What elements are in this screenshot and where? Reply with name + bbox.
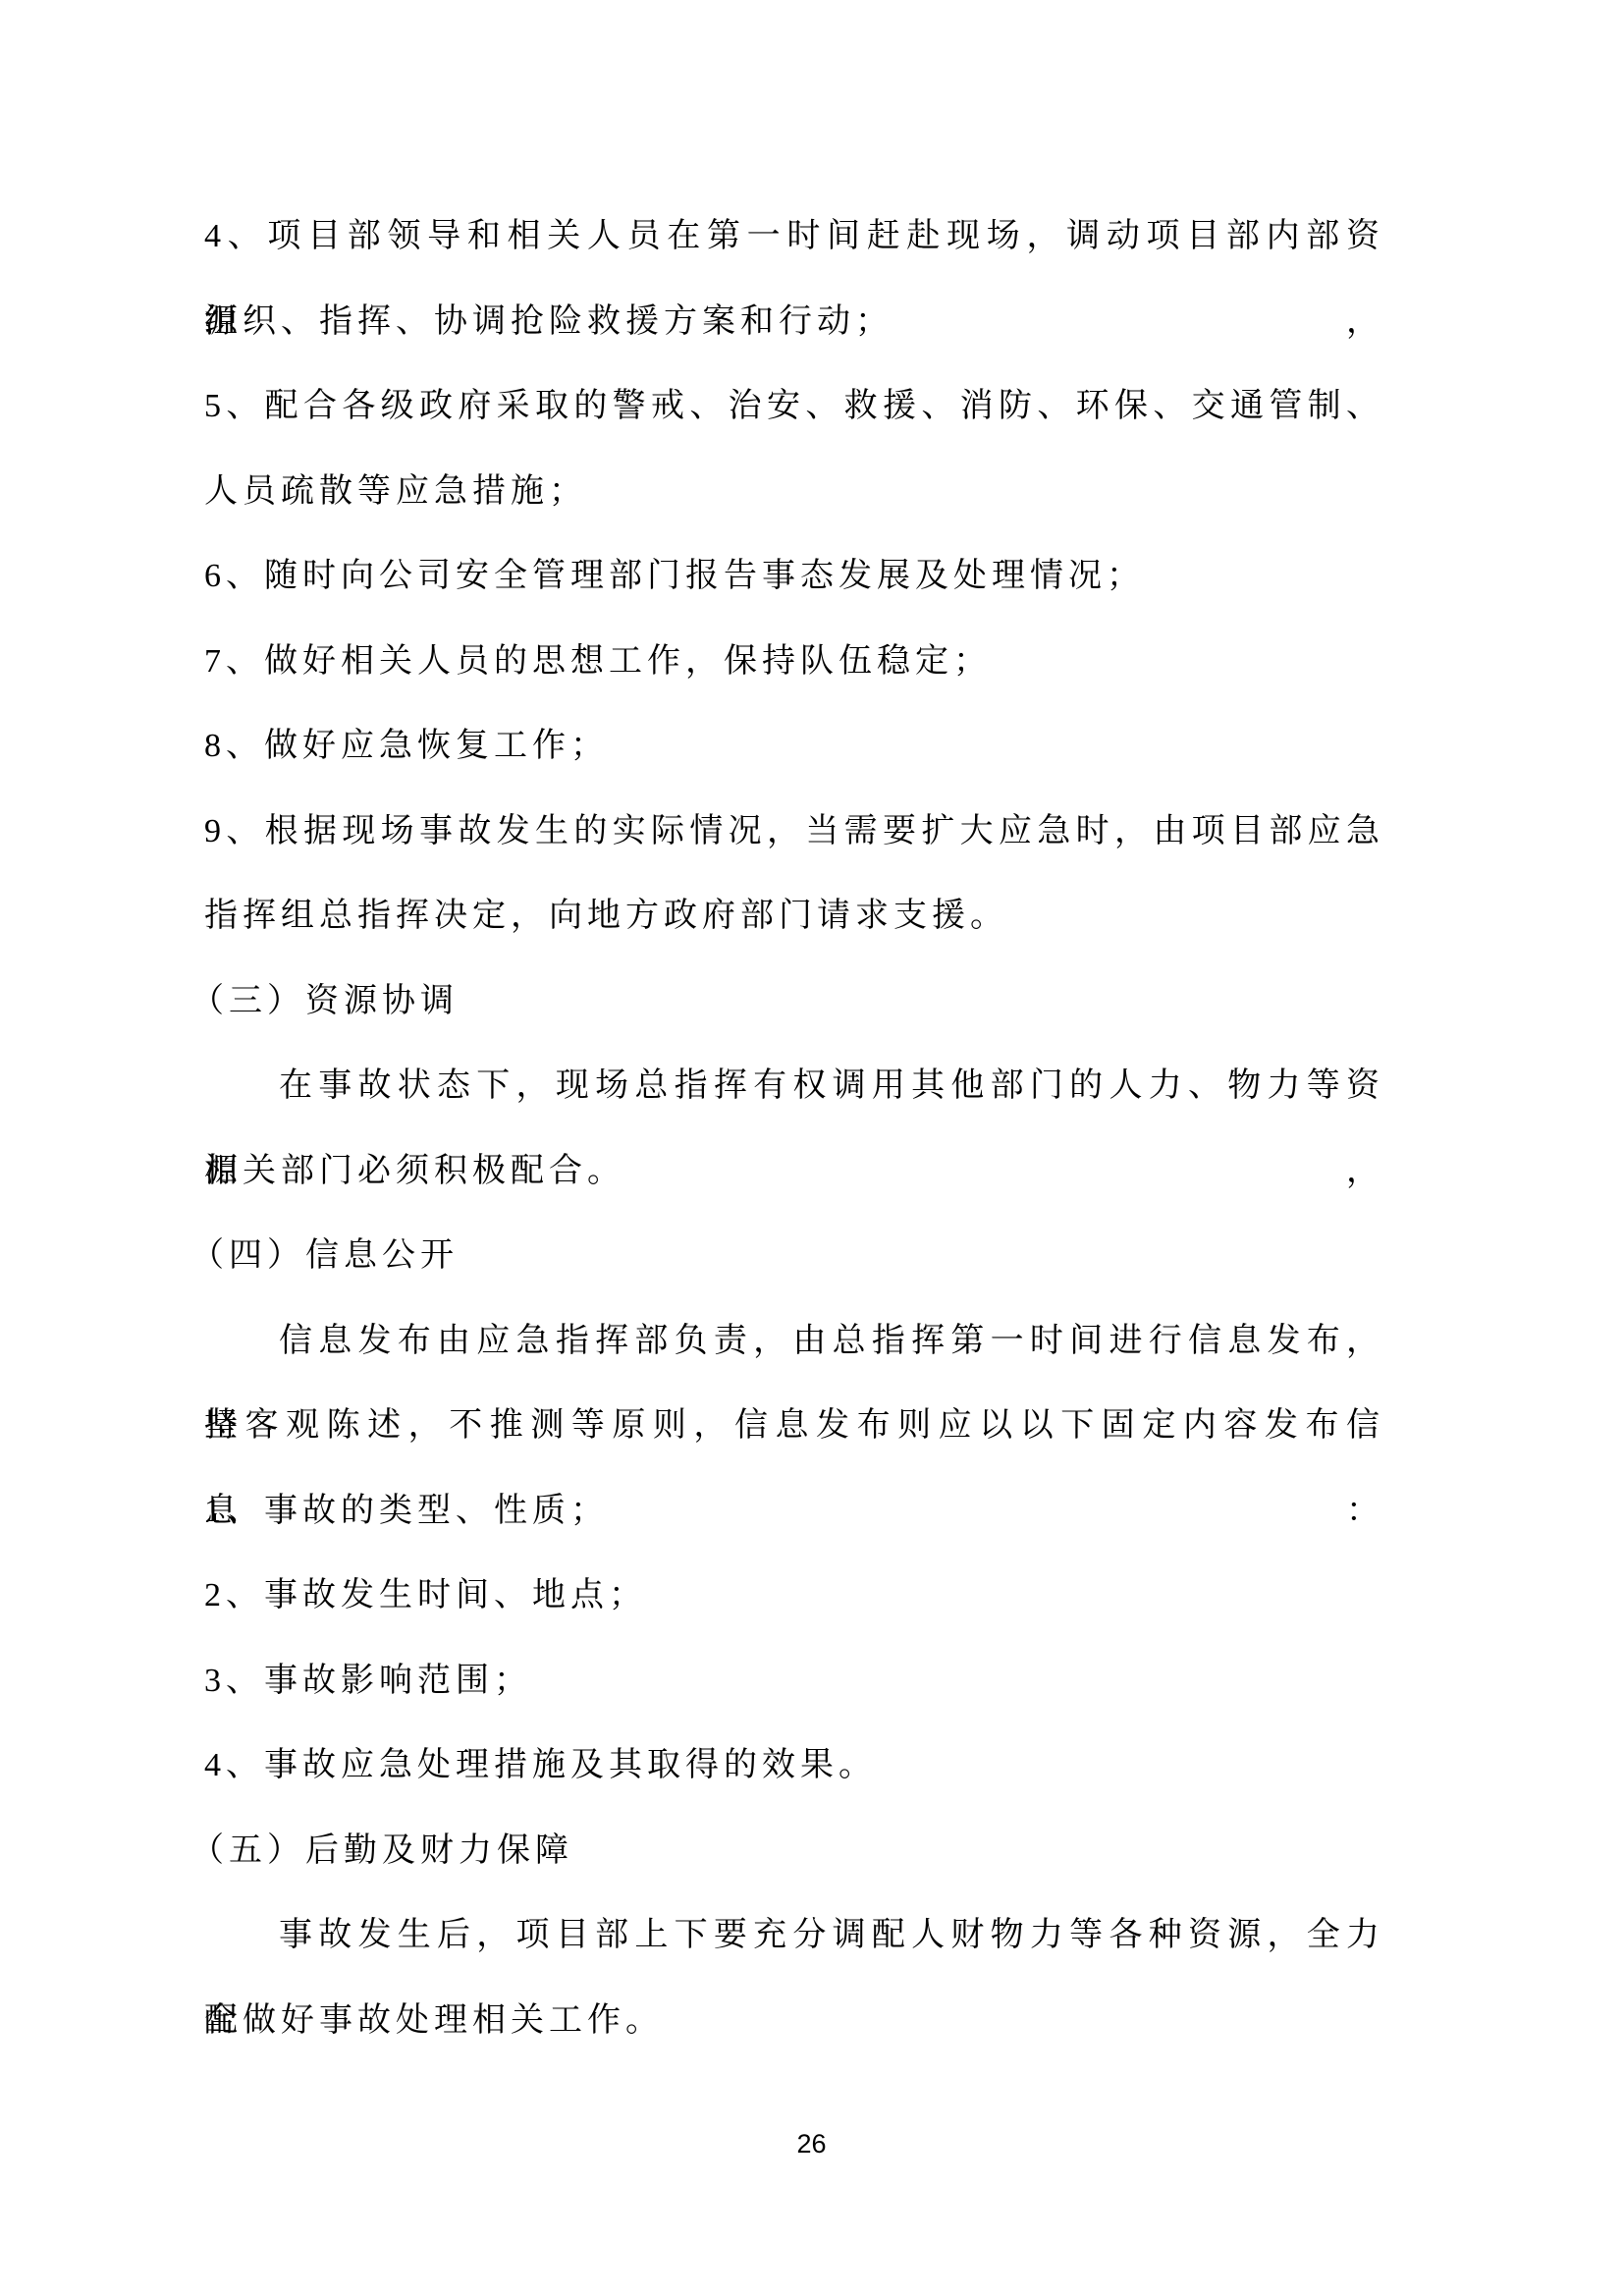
text-line: 指挥组总指挥决定，向地方政府部门请求支援。 bbox=[204, 874, 1384, 959]
text-line: 人员疏散等应急措施； bbox=[204, 450, 1384, 535]
page-number: 26 bbox=[0, 2129, 1623, 2159]
text-line: 6、随时向公司安全管理部门报告事态发展及处理情况； bbox=[204, 534, 1384, 620]
text-line: 2、事故发生时间、地点； bbox=[204, 1554, 1384, 1639]
text-line: 9、根据现场事故发生的实际情况，当需要扩大应急时，由项目部应急 bbox=[204, 790, 1384, 875]
text-line: 4、项目部领导和相关人员在第一时间赶赴现场，调动项目部内部资源， bbox=[204, 194, 1384, 280]
text-line: 事故发生后，项目部上下要充分调配人财物力等各种资源，全力配 bbox=[204, 1893, 1384, 1979]
text-line: 合做好事故处理相关工作。 bbox=[204, 1979, 1384, 2064]
text-line: 7、做好相关人员的思想工作，保持队伍稳定； bbox=[204, 620, 1384, 705]
text-line: 5、配合各级政府采取的警戒、治安、救援、消防、环保、交通管制、 bbox=[204, 364, 1384, 450]
text-line: 在事故状态下，现场总指挥有权调用其他部门的人力、物力等资源， bbox=[204, 1044, 1384, 1129]
text-line: 4、事故应急处理措施及其取得的效果。 bbox=[204, 1723, 1384, 1809]
document-page: 4、项目部领导和相关人员在第一时间赶赴现场，调动项目部内部资源，组织、指挥、协调… bbox=[0, 0, 1623, 2296]
text-line: 信息发布由应急指挥部负责，由总指挥第一时间进行信息发布，坚 bbox=[204, 1299, 1384, 1385]
page-body-text: 4、项目部领导和相关人员在第一时间赶赴现场，调动项目部内部资源，组织、指挥、协调… bbox=[204, 194, 1384, 2063]
text-line: （五）后勤及财力保障 bbox=[190, 1809, 1384, 1894]
text-line: （四）信息公开 bbox=[190, 1214, 1384, 1299]
text-line: 3、事故影响范围； bbox=[204, 1639, 1384, 1724]
text-line: 持客观陈述，不推测等原则，信息发布则应以以下固定内容发布信息： bbox=[204, 1384, 1384, 1469]
text-line: （三）资源协调 bbox=[190, 959, 1384, 1045]
text-line: 8、做好应急恢复工作； bbox=[204, 704, 1384, 790]
